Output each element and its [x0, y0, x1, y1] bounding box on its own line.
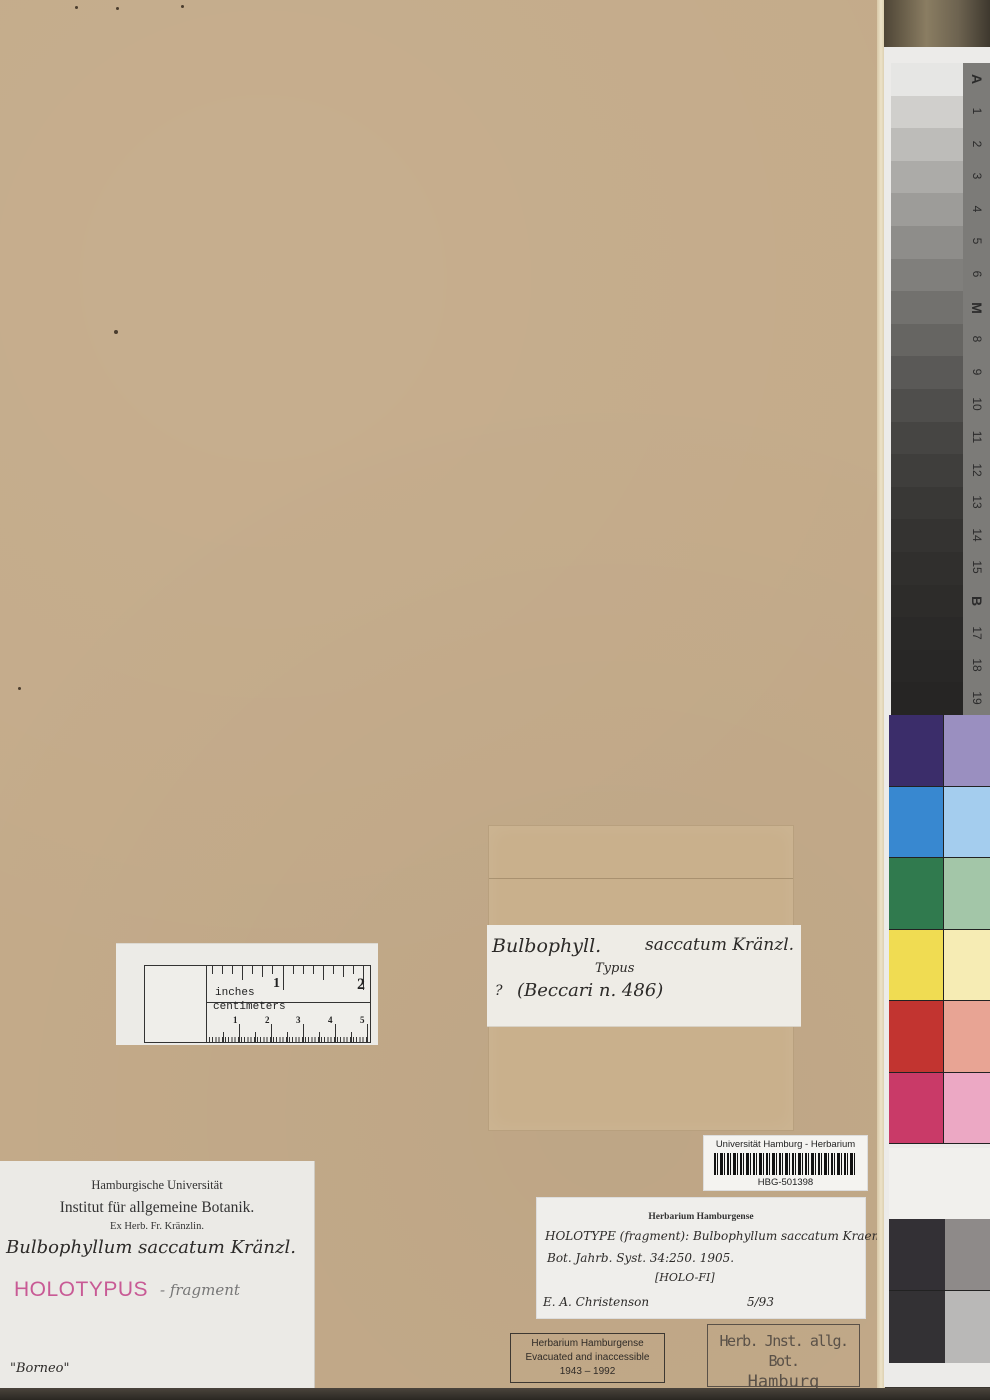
- bottom-shadow: [0, 1388, 990, 1400]
- bottom-patch-grid: [889, 1219, 990, 1363]
- color-calibration-card: A123456M89101112131415B171819: [884, 0, 990, 1400]
- packet-question-mark: ?: [495, 983, 503, 999]
- specimen-speck: [114, 330, 118, 334]
- mm-ticks: [209, 1037, 368, 1042]
- determination-title: Herbarium Hamburgense: [537, 1212, 865, 1222]
- packet-fold: [489, 878, 793, 879]
- gray-scale-label: 13: [970, 492, 984, 512]
- blue-dark-patch: [889, 787, 944, 858]
- specimen-speck: [181, 5, 184, 8]
- taxon-name: Bulbophyllum saccatum Kränzl.: [6, 1237, 296, 1258]
- red-light-patch: [944, 1001, 990, 1072]
- gray-scale-column: [891, 63, 963, 715]
- bottom-patch-row: [889, 1291, 990, 1363]
- gray-scale-labels: A123456M89101112131415B171819: [963, 63, 990, 715]
- gray-scale-label: 3: [970, 166, 984, 186]
- herbarium-source: Ex Herb. Fr. Kränzlin.: [0, 1221, 314, 1232]
- magenta-light-patch: [944, 1073, 990, 1144]
- gray-patch: [891, 96, 963, 129]
- gray-patch: [891, 356, 963, 389]
- gray-scale-label: 19: [970, 688, 984, 708]
- packet-typus-note: Typus: [595, 961, 634, 976]
- gray-patch: [891, 389, 963, 422]
- gray-patch: [891, 193, 963, 226]
- cm-mark-4: 4: [328, 1015, 333, 1025]
- blue-light-patch: [944, 787, 990, 858]
- color-patch-row-yellow: [889, 930, 990, 1002]
- determination-line-2: Bot. Jahrb. Syst. 34:250. 1905.: [547, 1251, 734, 1265]
- gray-scale-label: 18: [970, 655, 984, 675]
- gray-scale-label: 6: [970, 264, 984, 284]
- card-top-shadow: [884, 0, 990, 47]
- gray-scale-label: 8: [970, 329, 984, 349]
- magenta-dark-patch: [889, 1073, 944, 1144]
- cm-mark-2: 2: [265, 1015, 270, 1025]
- determination-date: 5/93: [747, 1295, 774, 1309]
- ruler-inches: inches 1 2: [207, 966, 370, 1003]
- gray-scale-label: 5: [970, 231, 984, 251]
- specimen-speck: [75, 6, 78, 9]
- red-dark-patch: [889, 1001, 944, 1072]
- evacuated-stamp-line-1: Herbarium Hamburgense: [511, 1337, 664, 1351]
- gray-patch: [891, 454, 963, 487]
- determiner-name: E. A. Christenson: [543, 1295, 649, 1309]
- color-patch-row-magenta: [889, 1073, 990, 1145]
- gray-patch: [891, 422, 963, 455]
- gray-scale-label: 2: [970, 134, 984, 154]
- color-patch-row-red: [889, 1001, 990, 1073]
- ruler-frame: inches 1 2 centimeters 1 2 3 4 5: [144, 965, 371, 1043]
- packet-collector-number: (Beccari n. 486): [517, 980, 663, 1001]
- gray-patch: [891, 585, 963, 618]
- evacuated-stamp-line-3: 1943 – 1992: [511, 1365, 664, 1379]
- barcode-bars: [714, 1153, 857, 1175]
- green-dark-patch: [889, 858, 944, 929]
- barcode-title: Universität Hamburg - Herbarium: [704, 1139, 867, 1150]
- gray-patch: [891, 161, 963, 194]
- university-name: Hamburgische Universität: [0, 1178, 314, 1193]
- determination-line-3: [HOLO-FI]: [655, 1271, 715, 1284]
- evacuated-stamp: Herbarium Hamburgense Evacuated and inac…: [510, 1333, 665, 1383]
- color-patch-row-blue: [889, 787, 990, 859]
- light-patch: [945, 1219, 990, 1290]
- gray-patch: [891, 617, 963, 650]
- dark-patch: [889, 1219, 945, 1290]
- white-patch: [889, 1148, 990, 1219]
- cm-mark-5: 5: [360, 1015, 365, 1025]
- locality-note: "Borneo": [10, 1361, 69, 1376]
- cm-mark-3: 3: [296, 1015, 301, 1025]
- gray-patch: [891, 259, 963, 292]
- gray-scale-label: 11: [970, 427, 984, 447]
- purple-dark-patch: [889, 715, 944, 786]
- fragment-note: - fragment: [160, 1281, 240, 1299]
- holotypus-stamp: HOLOTYPUS: [14, 1278, 148, 1302]
- gray-patch: [891, 552, 963, 585]
- evacuated-stamp-line-2: Evacuated and inaccessible: [511, 1351, 664, 1365]
- gray-patch: [891, 519, 963, 552]
- gray-scale-label: 4: [970, 199, 984, 219]
- color-patch-row-purple: [889, 715, 990, 787]
- ruler-blank-box: [145, 966, 207, 1042]
- inch-mark-2: 2: [357, 976, 365, 994]
- green-light-patch: [944, 858, 990, 929]
- gray-scale-label: A: [969, 69, 985, 89]
- herbarium-sheet: inches 1 2 centimeters 1 2 3 4 5: [0, 0, 877, 1392]
- specimen-speck: [18, 687, 21, 690]
- color-patch-grid: [889, 715, 990, 1144]
- gray-scale-label: 12: [970, 460, 984, 480]
- determination-label: Herbarium Hamburgense HOLOTYPE (fragment…: [536, 1197, 866, 1319]
- yellow-light-patch: [944, 930, 990, 1001]
- packet-label: Bulbophyll. saccatum Kränzl. Typus ? (Be…: [487, 925, 801, 1027]
- inches-label: inches: [215, 987, 255, 999]
- light-patch: [945, 1291, 990, 1363]
- cm-mark-1: 1: [233, 1015, 238, 1025]
- ruler-centimeters: centimeters 1 2 3 4 5: [207, 1003, 370, 1042]
- original-label: Hamburgische Universität Institut für al…: [0, 1161, 315, 1391]
- gray-patch: [891, 650, 963, 683]
- inch-mark-1: 1: [273, 976, 280, 992]
- gray-patch: [891, 63, 963, 96]
- gray-patch: [891, 324, 963, 357]
- institute-stamp: Herb. Jnst. allg. Bot. Hamburg: [707, 1324, 860, 1387]
- gray-patch: [891, 487, 963, 520]
- yellow-dark-patch: [889, 930, 944, 1001]
- packet-species: saccatum Kränzl.: [645, 935, 794, 955]
- gray-scale-label: 1: [970, 101, 984, 121]
- scale-ruler: inches 1 2 centimeters 1 2 3 4 5: [116, 943, 378, 1045]
- gray-scale-label: 17: [970, 623, 984, 643]
- packet-genus: Bulbophyll.: [492, 935, 601, 957]
- gray-patch: [891, 128, 963, 161]
- institute-stamp-line-1: Herb. Jnst. allg. Bot.: [708, 1331, 859, 1371]
- determination-line-1: HOLOTYPE (fragment): Bulbophyllum saccat…: [545, 1229, 893, 1243]
- bottom-patch-row: [889, 1219, 990, 1291]
- gray-patch: [891, 682, 963, 715]
- gray-patch: [891, 226, 963, 259]
- institute-name: Institut für allgemeine Botanik.: [0, 1199, 314, 1217]
- barcode-label: Universität Hamburg - Herbarium HBG-5013…: [703, 1135, 868, 1191]
- gray-patch: [891, 291, 963, 324]
- gray-scale-label: M: [969, 298, 985, 318]
- barcode-id: HBG-501398: [704, 1177, 867, 1188]
- gray-scale-label: 9: [970, 362, 984, 382]
- dark-patch: [889, 1291, 945, 1363]
- gray-scale-label: 10: [970, 394, 984, 414]
- gray-scale-label: 15: [970, 557, 984, 577]
- specimen-speck: [116, 7, 119, 10]
- gray-scale-label: 14: [970, 525, 984, 545]
- gray-scale-label: B: [969, 591, 985, 611]
- color-patch-row-green: [889, 858, 990, 930]
- centimeters-label: centimeters: [213, 1001, 286, 1013]
- purple-light-patch: [944, 715, 990, 786]
